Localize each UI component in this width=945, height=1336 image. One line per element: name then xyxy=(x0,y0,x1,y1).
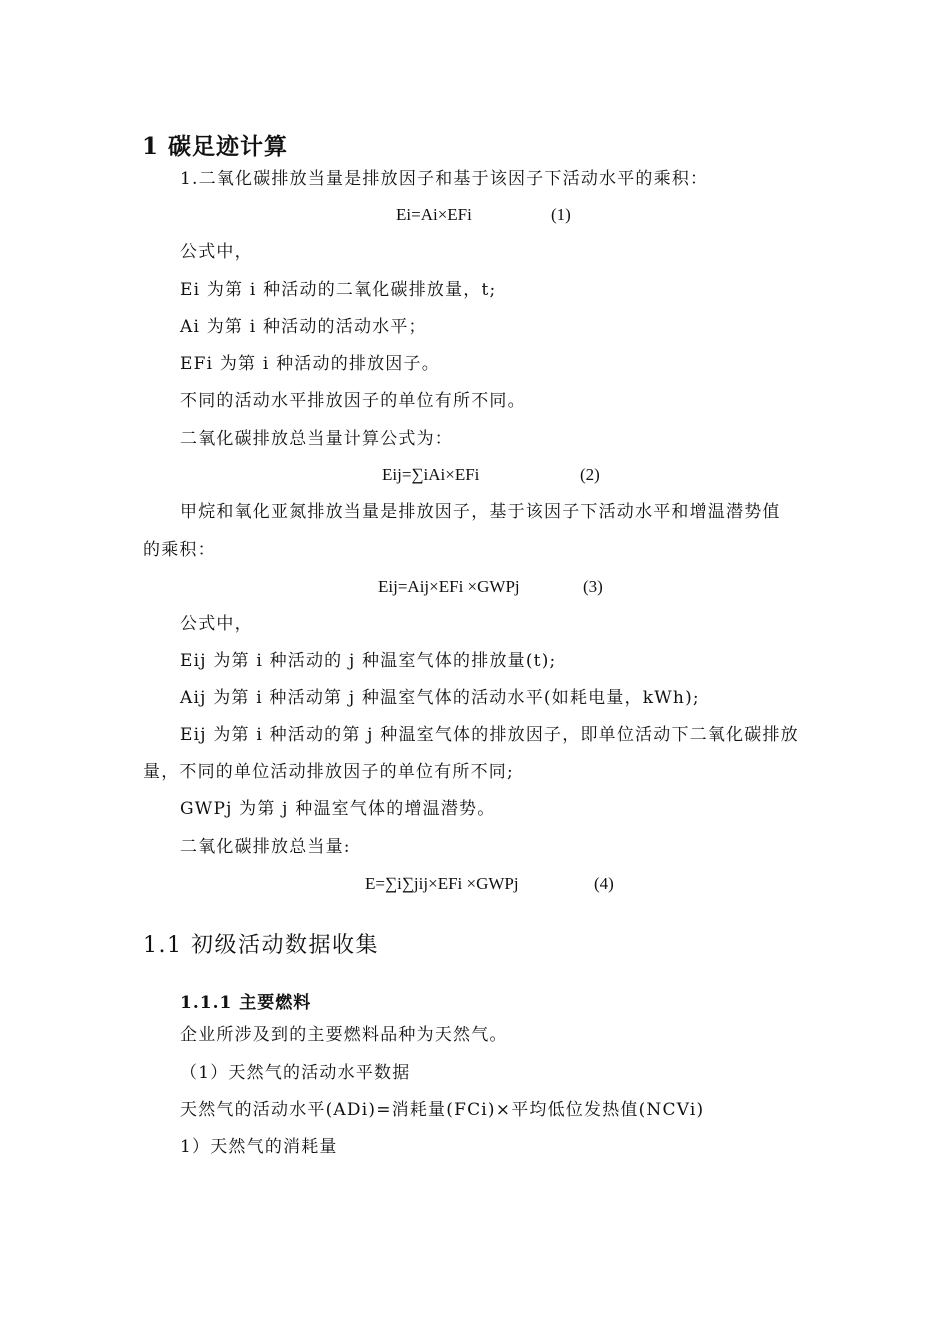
formula-3: Eij=Aij×EFi ×GWPj xyxy=(378,576,520,598)
paragraph-natural-gas-consumption: 1）天然气的消耗量 xyxy=(180,1136,338,1158)
formula-2-number: (2) xyxy=(580,464,600,486)
paragraph-methane-n2o-line2: 的乘积： xyxy=(143,539,216,561)
definition-efi: EFi 为第 i 种活动的排放因子。 xyxy=(180,353,440,375)
formula-4: E=∑i∑jij×EFi ×GWPj xyxy=(365,873,519,895)
definition-eij: Eij 为第 i 种活动的 j 种温室气体的排放量(t); xyxy=(180,650,556,672)
definition-aij: Aij 为第 i 种活动第 j 种温室气体的活动水平(如耗电量，kWh); xyxy=(180,687,700,709)
paragraph-total-equivalent: 二氧化碳排放总当量: xyxy=(180,836,351,858)
definition-eij-factor-line1: Eij 为第 i 种活动的第 j 种温室气体的排放因子，即单位活动下二氧化碳排放 xyxy=(180,724,799,746)
paragraph-co2-definition: 1.二氧化碳排放当量是排放因子和基于该因子下活动水平的乘积： xyxy=(180,168,708,190)
definition-eij-factor-line2: 量，不同的单位活动排放因子的单位有所不同; xyxy=(143,761,514,783)
formula-1-number: (1) xyxy=(551,204,571,226)
formula-natural-gas-activity-level: 天然气的活动水平(ADi)=消耗量(FCi)×平均低位发热值(NCVi) xyxy=(180,1099,704,1121)
paragraph-total-formula-intro: 二氧化碳排放总当量计算公式为： xyxy=(180,428,453,450)
definition-ei: Ei 为第 i 种活动的二氧化碳排放量，t; xyxy=(180,279,496,301)
paragraph-where: 公式中， xyxy=(180,241,253,263)
formula-2: Eij=∑iAi×EFi xyxy=(382,464,479,486)
formula-3-number: (3) xyxy=(583,576,603,598)
paragraph-methane-n2o-line1: 甲烷和氧化亚氮排放当量是排放因子，基于该因子下活动水平和增温潜势值 xyxy=(180,501,781,523)
formula-1: Ei=Ai×EFi xyxy=(396,204,472,226)
paragraph-units-differ: 不同的活动水平排放因子的单位有所不同。 xyxy=(180,390,526,412)
paragraph-main-fuel-natural-gas: 企业所涉及到的主要燃料品种为天然气。 xyxy=(180,1024,508,1046)
paragraph-natural-gas-activity-data: （1）天然气的活动水平数据 xyxy=(180,1062,410,1084)
heading-carbon-footprint-calculation: 1 碳足迹计算 xyxy=(142,128,288,161)
definition-ai: Ai 为第 i 种活动的活动水平； xyxy=(180,316,427,338)
heading-main-fuels: 1.1.1 主要燃料 xyxy=(180,988,311,1013)
definition-gwpj: GWPj 为第 j 种温室气体的增温潜势。 xyxy=(180,798,495,820)
formula-4-number: (4) xyxy=(594,873,614,895)
heading-primary-activity-data: 1.1 初级活动数据收集 xyxy=(143,928,379,959)
paragraph-where-2: 公式中， xyxy=(180,613,253,635)
